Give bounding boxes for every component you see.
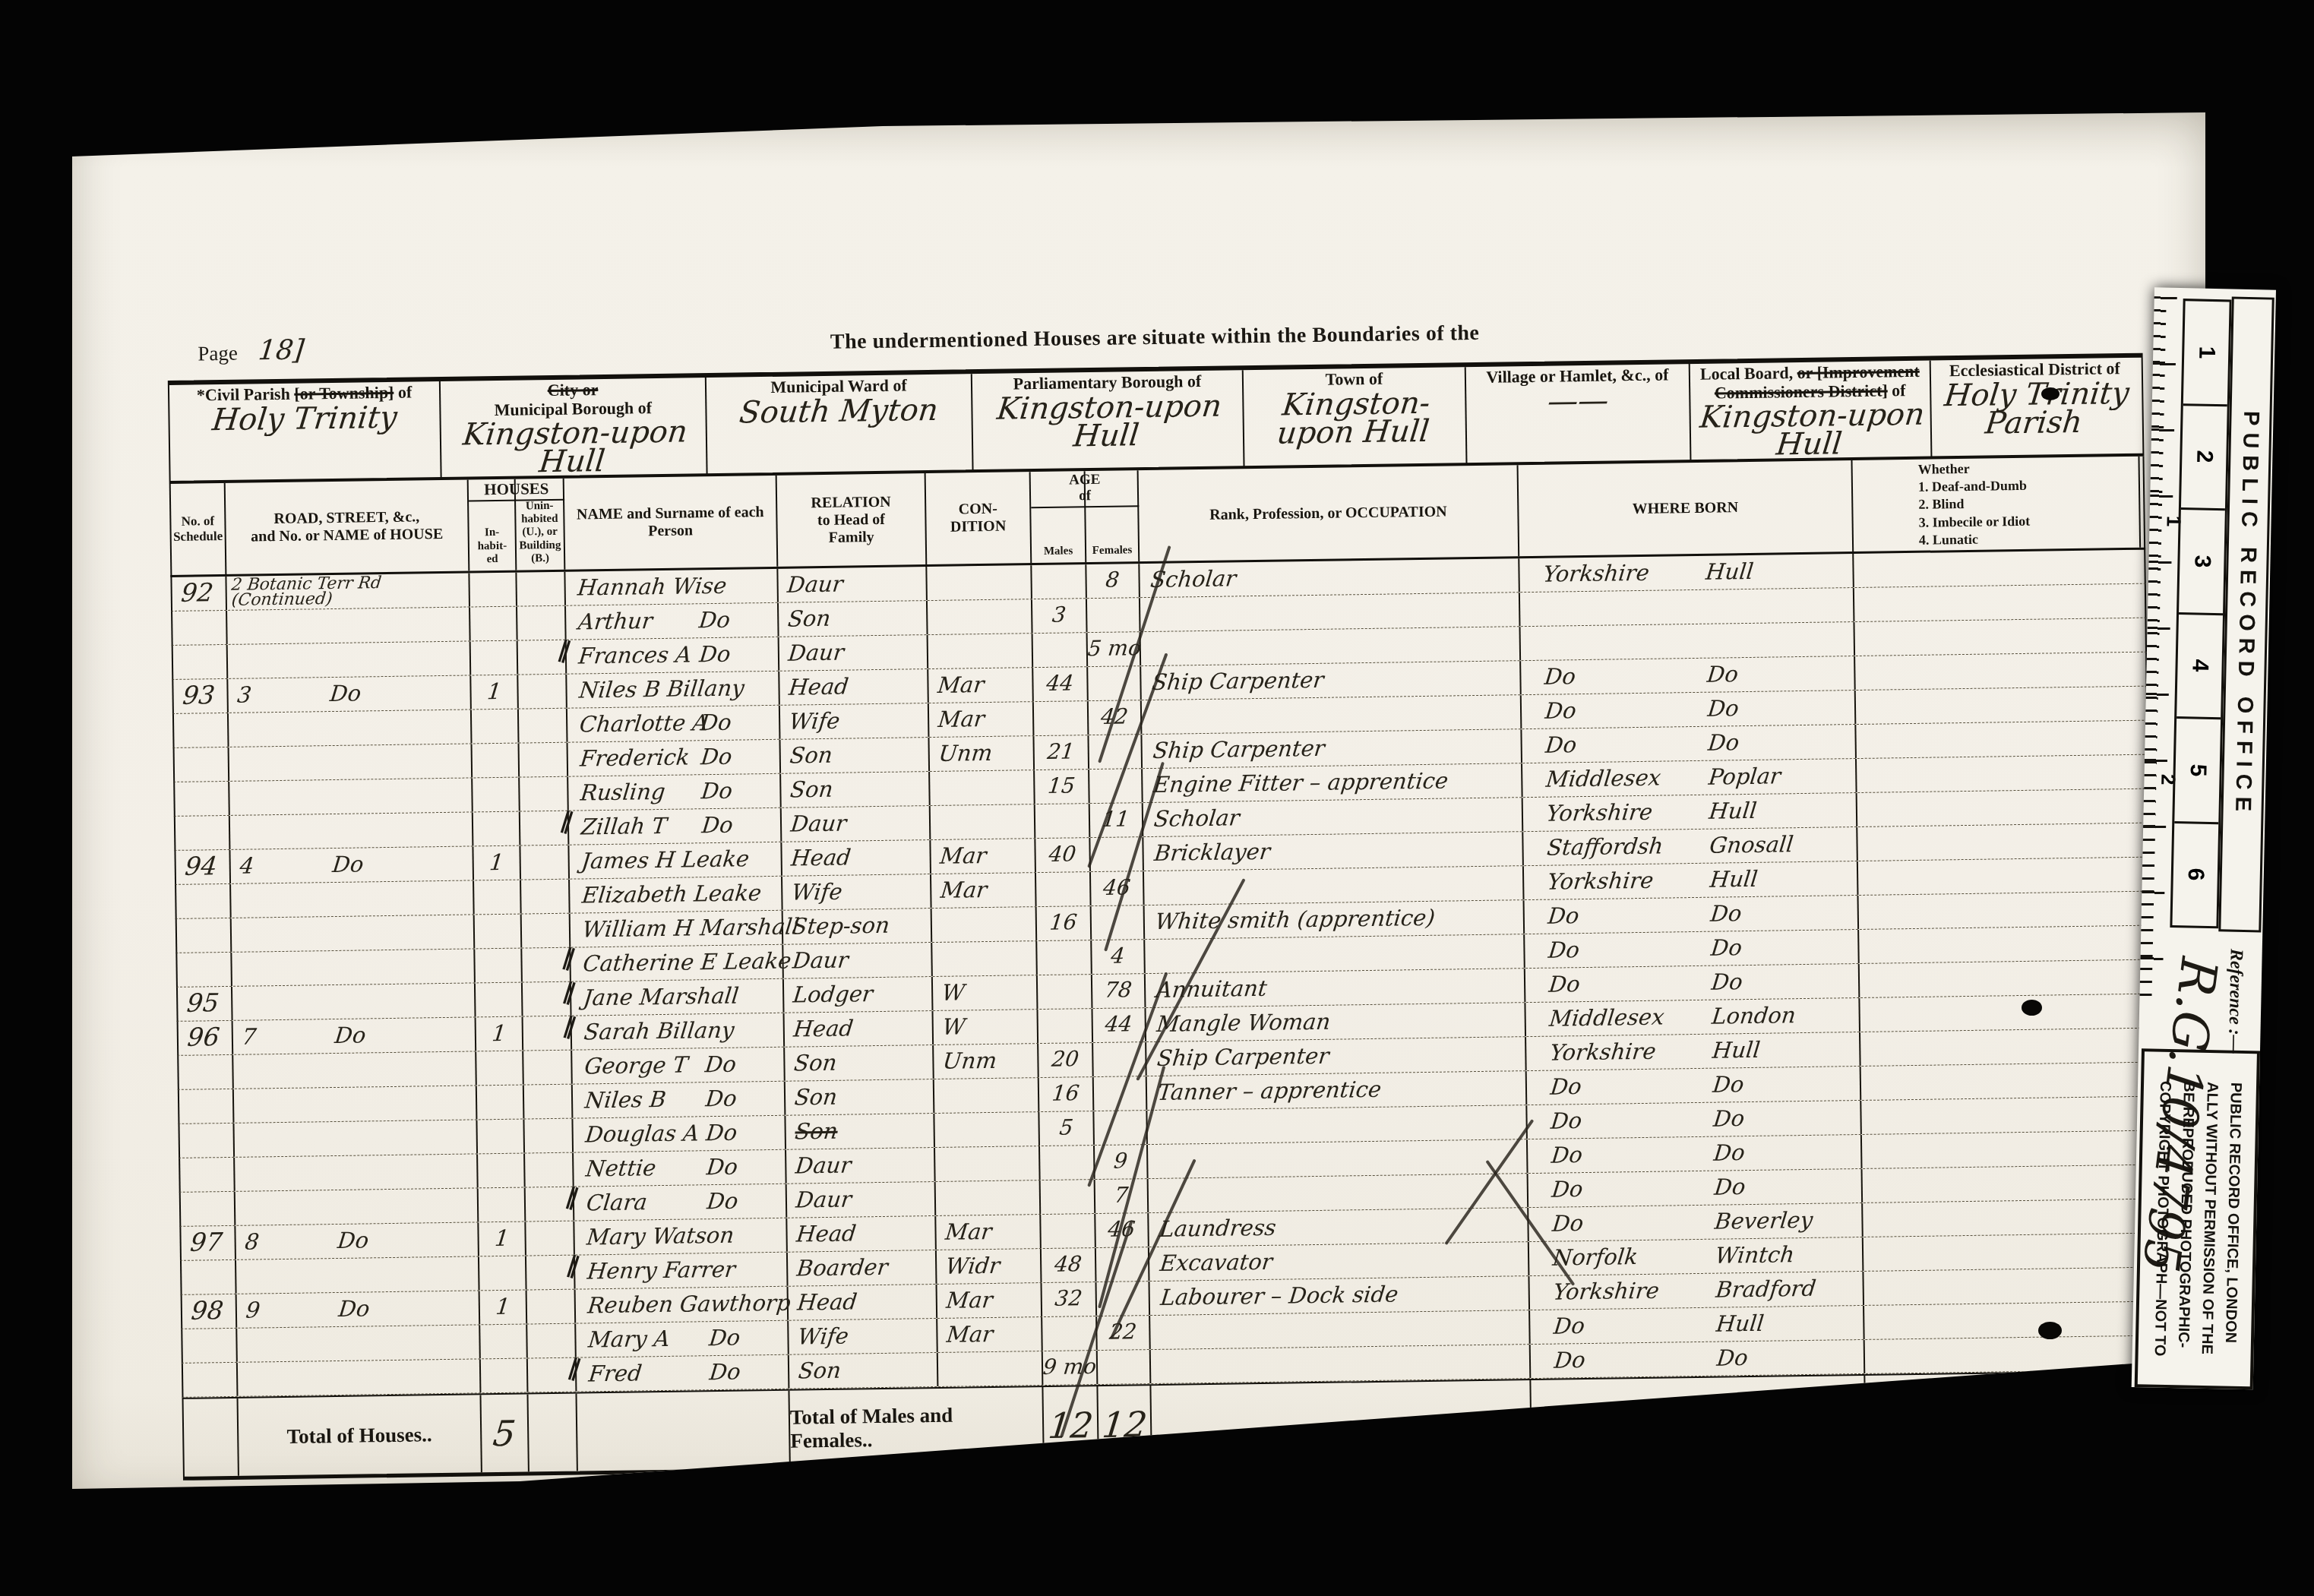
- handwritten-value: 1: [493, 1222, 511, 1254]
- cell-where-born: DoDo: [1521, 656, 1856, 694]
- cell-person-name: Mary Watson: [574, 1218, 788, 1255]
- cell-relation: Son: [789, 1353, 939, 1389]
- handwritten-value: Ship Carpenter: [1151, 732, 1326, 766]
- ditto-mark: Do: [706, 1185, 740, 1218]
- cell-infirmity: [1858, 858, 2146, 895]
- cell-schedule-number: [177, 918, 232, 953]
- cell-inhabited: [477, 1120, 525, 1154]
- ditto-mark: Do: [328, 677, 362, 710]
- born-county: Do: [1552, 1344, 1586, 1376]
- person-name: Frances A: [577, 638, 694, 672]
- born-place: Do: [1706, 692, 1740, 725]
- cell-road-street: [230, 812, 474, 849]
- handwritten-value: Son: [797, 1354, 843, 1387]
- label-struck-text: City or: [548, 380, 599, 400]
- born-place: Hull: [1705, 555, 1756, 588]
- cell-age-male: 15: [1035, 770, 1090, 804]
- cell-person-name: ArthurDo: [566, 603, 779, 640]
- cell-person-name: Niles B Billany: [567, 672, 780, 708]
- cell-age-male: 9 mo: [1043, 1351, 1099, 1385]
- cell-infirmity: [1860, 960, 2148, 997]
- cell-schedule-number: [176, 884, 232, 918]
- colhead-road: ROAD, STREET, &c., and No. or NAME of HO…: [226, 479, 470, 574]
- cell-occupation: Ship Carpenter: [1142, 729, 1522, 768]
- person-name: Mary Watson: [585, 1219, 735, 1253]
- cell-condition: [932, 907, 1038, 942]
- cell-age-female: 11: [1090, 803, 1144, 837]
- cell-uninhabited: [520, 845, 570, 880]
- cell-inhabited: 1: [479, 1222, 526, 1256]
- cell-person-name: ∥Catherine E Leake: [571, 945, 784, 981]
- cell-road-street: [228, 641, 472, 678]
- handwritten-value: (Continued): [231, 589, 469, 608]
- cell-where-born: YorkshireHull: [1523, 793, 1858, 831]
- cell-age-male: 16: [1037, 906, 1092, 940]
- cell-occupation: Scholar: [1143, 798, 1524, 836]
- handwritten-value: 16: [1051, 1077, 1081, 1110]
- colhead-relation: RELATION to Head of Family: [777, 473, 928, 567]
- cell-condition: Mar: [931, 839, 1036, 874]
- district-value: Kingston-upon Hull: [441, 418, 706, 477]
- cell-uninhabited: [518, 675, 567, 709]
- cell-relation: Step-son: [783, 909, 933, 944]
- born-place: Do: [1713, 1171, 1747, 1203]
- cell-relation: Daur: [778, 567, 928, 602]
- handwritten-value: Son: [792, 1047, 839, 1079]
- cell-person-name: George TDo: [572, 1048, 786, 1084]
- colhead-schedule: No. of Schedule: [171, 483, 227, 575]
- district-value: Kingston-upon Hull: [1691, 401, 1930, 460]
- cell-relation: Son: [780, 738, 930, 773]
- cell-age-female: 7: [1095, 1179, 1149, 1213]
- cell-schedule-number: [180, 1158, 236, 1192]
- cell-where-born: MiddlesexPoplar: [1522, 759, 1857, 797]
- person-name: Reuben Gawthorp: [586, 1287, 792, 1322]
- cell-road-street: [236, 1188, 479, 1225]
- cell-person-name: William H Marshall: [571, 911, 784, 947]
- cell-person-name: ∥Frances ADo: [567, 637, 780, 674]
- cell-infirmity: [1865, 1336, 2153, 1373]
- scale-number: 3: [2179, 510, 2225, 615]
- born-county: Do: [1551, 1207, 1585, 1240]
- cell-where-born: YorkshireHull: [1524, 861, 1859, 899]
- cell-schedule-number: 98: [182, 1294, 238, 1329]
- cell-relation: Son: [781, 772, 931, 807]
- person-name: Charlotte A: [578, 706, 710, 740]
- cell-occupation: Scholar: [1140, 558, 1520, 597]
- cell-infirmity: [1861, 1097, 2149, 1134]
- cell-where-born: DoDo: [1528, 1169, 1864, 1207]
- cell-occupation: [1140, 593, 1521, 631]
- cell-occupation: Ship Carpenter: [1141, 661, 1522, 700]
- label-text: Local Board,: [1700, 363, 1797, 384]
- cell-age-male: 32: [1042, 1282, 1098, 1316]
- copyright-notice: COPYRIGHT PHOTOGRAPH—NOT TO BE REPRODUCE…: [2148, 1080, 2248, 1357]
- cell-age-male: 48: [1042, 1248, 1097, 1282]
- cell-occupation: [1151, 1345, 1532, 1383]
- cell-uninhabited: [524, 1085, 574, 1119]
- handwritten-value: Mar: [938, 839, 988, 872]
- person-name: Clara: [585, 1186, 649, 1218]
- handwritten-value: Daur: [789, 807, 849, 840]
- cell-infirmity: [1864, 1234, 2151, 1271]
- handwritten-value: Laundress: [1158, 1212, 1278, 1245]
- born-place: Do: [1709, 897, 1743, 930]
- cell-condition: [936, 1180, 1042, 1215]
- born-county: Yorkshire: [1544, 796, 1654, 830]
- cell-inhabited: [473, 812, 521, 846]
- handwritten-value: Daur: [794, 1149, 853, 1182]
- born-county: Do: [1544, 728, 1578, 761]
- cell-where-born: [1520, 588, 1855, 626]
- handwritten-value: Daur: [786, 568, 845, 601]
- handwritten-value: 9 mo: [1042, 1351, 1099, 1383]
- ditto-mark: Do: [697, 604, 732, 637]
- total-females-value: 12: [1098, 1386, 1152, 1464]
- born-place: Do: [1709, 931, 1743, 964]
- cell-road-street: 3Do: [228, 675, 472, 712]
- cell-schedule-number: [182, 1260, 237, 1294]
- cell-age-male: [1032, 564, 1087, 599]
- born-place: Hull: [1711, 1034, 1762, 1067]
- cell-age-male: 40: [1035, 838, 1091, 872]
- cell-occupation: [1144, 866, 1525, 905]
- cell-infirmity: [1864, 1268, 2151, 1305]
- cell-schedule-number: [174, 713, 229, 747]
- born-place: Do: [1705, 658, 1740, 691]
- census-scan: Page 18] The undermentioned Houses are s…: [0, 0, 2314, 1596]
- person-name: Hannah Wise: [576, 570, 728, 604]
- cell-road-street: [229, 710, 473, 746]
- totals-spacer: [184, 1398, 239, 1477]
- cell-schedule-number: [173, 645, 229, 679]
- handwritten-value: 1: [490, 1017, 507, 1049]
- handwritten-value: Mar: [939, 874, 988, 906]
- cell-inhabited: [478, 1154, 526, 1188]
- cell-schedule-number: 93: [173, 679, 229, 713]
- scale-number: 5: [2174, 719, 2221, 824]
- born-county: Yorkshire: [1546, 864, 1655, 898]
- cell-road-street: [234, 1120, 478, 1156]
- handwritten-value: Mar: [936, 668, 985, 701]
- cell-condition: Unm: [929, 736, 1035, 771]
- cell-schedule-number: [175, 816, 231, 850]
- born-place: Do: [1712, 1136, 1747, 1169]
- person-name: Jane Marshall: [582, 980, 741, 1014]
- colhead-condition: CON- DITION: [926, 472, 1032, 564]
- cell-occupation: [1147, 1105, 1528, 1144]
- cell-age-male: 3: [1032, 599, 1088, 633]
- total-houses-label: Total of Houses..: [239, 1395, 482, 1475]
- cell-inhabited: [473, 744, 520, 778]
- cell-person-name: Elizabeth Leake: [570, 877, 783, 913]
- cell-occupation: Annuitant: [1146, 969, 1526, 1007]
- cell-person-name: FrederickDo: [568, 740, 782, 776]
- cell-inhabited: [475, 949, 523, 983]
- cell-inhabited: [477, 1086, 525, 1120]
- cell-road-street: [229, 744, 473, 780]
- person-name: William H Marshall: [581, 910, 801, 945]
- handwritten-value: 92: [179, 577, 215, 609]
- ditto-mark: Do: [333, 1019, 367, 1051]
- cell-road-street: [227, 607, 471, 643]
- cell-inhabited: [470, 607, 518, 641]
- person-name: Catherine E Leake: [581, 945, 793, 980]
- cell-inhabited: 1: [476, 1017, 524, 1051]
- district-box-local-board: Local Board, or [Improvement Commissione…: [1690, 361, 1933, 460]
- cell-where-born: StaffordshGnosall: [1523, 827, 1858, 865]
- handwritten-value: 21: [1046, 735, 1076, 768]
- handwritten-value: 94: [183, 850, 219, 883]
- born-county: Staffordsh: [1545, 830, 1664, 864]
- cell-schedule-number: [172, 611, 228, 645]
- ditto-mark: Do: [336, 1224, 370, 1256]
- cell-person-name: Mary ADo: [576, 1321, 789, 1357]
- cell-road-street: [229, 778, 473, 814]
- cell-where-born: DoDo: [1527, 1067, 1862, 1105]
- cell-relation: Son: [786, 1114, 935, 1149]
- born-place: Do: [1707, 726, 1741, 759]
- cell-schedule-number: 95: [178, 987, 233, 1021]
- cell-where-born: DoDo: [1528, 1135, 1863, 1173]
- cell-age-male: [1038, 975, 1093, 1009]
- born-place: London: [1711, 999, 1798, 1032]
- handwritten-value: Head: [795, 1217, 858, 1250]
- cell-age-female: [1094, 1111, 1148, 1145]
- cell-person-name: ∥Henry Farrer: [575, 1253, 789, 1289]
- district-label: Local Board, or [Improvement Commissione…: [1693, 362, 1927, 403]
- cell-road-street: [234, 1086, 478, 1122]
- handwritten-value: Son: [789, 773, 835, 806]
- handwritten-value: Tanner – apprentice: [1156, 1073, 1383, 1108]
- district-value: Holy Trinity: [211, 403, 399, 434]
- cell-road-street: 4Do: [230, 846, 474, 883]
- handwritten-value: 1: [488, 846, 505, 878]
- ditto-mark: Do: [705, 1151, 739, 1184]
- handwritten-value: Mar: [937, 703, 986, 735]
- born-place: Wintch: [1714, 1238, 1796, 1272]
- cell-road-street: [233, 1051, 477, 1088]
- cell-condition: [928, 634, 1034, 668]
- handwritten-value: Bricklayer: [1152, 836, 1272, 869]
- handwritten-value: Mar: [945, 1284, 994, 1316]
- district-box-ecclesiastical-district: Ecclesiastical District of Holy Trinity …: [1931, 358, 2140, 457]
- handwritten-value: Scholar: [1152, 801, 1241, 835]
- cell-relation: Head: [787, 1216, 937, 1252]
- cell-schedule-number: [181, 1192, 236, 1226]
- born-place: Hull: [1715, 1307, 1766, 1340]
- cell-age-male: [1036, 872, 1092, 906]
- totals-spacer: [1865, 1372, 2153, 1453]
- cell-age-male: 5: [1039, 1111, 1095, 1146]
- cell-person-name: Niles BDo: [573, 1082, 786, 1118]
- person-name: Sarah Billany: [583, 1014, 736, 1048]
- cell-uninhabited: [520, 743, 569, 777]
- cell-infirmity: [1861, 1063, 2149, 1100]
- handwritten-value: Unm: [941, 1045, 998, 1077]
- cell-occupation: Mangle Woman: [1146, 1003, 1526, 1041]
- cell-inhabited: [474, 880, 522, 915]
- cell-infirmity: [1860, 1029, 2148, 1066]
- cell-relation: Lodger: [784, 977, 934, 1013]
- district-box-parliamentary-borough: Parliamentary Borough of Kingston-upon H…: [972, 370, 1245, 470]
- cell-relation: Son: [779, 601, 928, 637]
- cell-age-female: [1087, 598, 1141, 632]
- cell-uninhabited: [517, 572, 566, 606]
- born-county: Middlesex: [1544, 762, 1662, 795]
- person-name: Henry Farrer: [586, 1253, 737, 1288]
- total-houses-value: 5: [481, 1394, 529, 1472]
- cell-inhabited: [469, 573, 517, 607]
- cell-infirmity: [1857, 789, 2145, 826]
- colhead-where-born: WHERE BORN: [1519, 460, 1854, 556]
- cell-road-street: 9Do: [237, 1291, 481, 1327]
- person-name: Zillah T: [580, 810, 669, 843]
- person-name: Fred: [587, 1357, 643, 1389]
- handwritten-value: 48: [1053, 1248, 1083, 1281]
- handwritten-value: Wife: [788, 705, 842, 738]
- census-page-paper: Page 18] The undermentioned Houses are s…: [72, 112, 2205, 1504]
- cell-where-born: NorfolkWintch: [1529, 1237, 1864, 1275]
- handwritten-value: Son: [793, 1081, 839, 1114]
- born-county: Yorkshire: [1541, 557, 1651, 590]
- cell-condition: Mar: [931, 873, 1037, 908]
- cell-where-born: DoDo: [1531, 1340, 1866, 1378]
- cell-uninhabited: [520, 777, 569, 811]
- cell-condition: W: [933, 1010, 1038, 1045]
- cell-road-street: [238, 1359, 482, 1395]
- cell-schedule-number: 92: [172, 577, 227, 611]
- cell-inhabited: [481, 1359, 529, 1393]
- cell-age-male: [1040, 1146, 1095, 1180]
- cell-road-street: 2 Botanic Terr Rd(Continued): [226, 573, 470, 609]
- handwritten-value: 78: [1103, 974, 1133, 1007]
- cell-age-female: 46: [1091, 871, 1145, 905]
- cell-age-male: [1038, 1009, 1093, 1043]
- born-place: Do: [1712, 1068, 1746, 1101]
- colhead-name: NAME and Surname of each Person: [564, 476, 779, 570]
- cell-occupation: [1150, 1310, 1531, 1349]
- district-value: Holy Trinity Parish: [1932, 379, 2139, 438]
- cell-infirmity: [1854, 584, 2142, 621]
- cell-schedule-number: [175, 747, 230, 782]
- district-box-civil-parish: *Civil Parish [or Township] of Holy Trin…: [169, 381, 442, 482]
- handwritten-value: Labourer – Dock side: [1159, 1278, 1400, 1313]
- cell-person-name: NettieDo: [574, 1150, 787, 1187]
- cell-age-male: [1033, 633, 1089, 667]
- cell-relation: Son: [785, 1045, 934, 1081]
- born-place: Hull: [1709, 863, 1759, 896]
- handwritten-value: Head: [796, 1285, 859, 1318]
- cell-age-female: 8: [1086, 564, 1140, 598]
- cell-condition: [934, 1078, 1040, 1113]
- person-name: George T: [583, 1048, 689, 1082]
- cell-road-street: [232, 949, 476, 985]
- cell-condition: [927, 565, 1032, 600]
- district-value: ——: [1546, 387, 1610, 416]
- born-county: Do: [1546, 899, 1580, 932]
- district-box-municipal-ward: Municipal Ward of South Myton: [707, 374, 974, 474]
- cell-relation: Daur: [782, 806, 931, 842]
- handwritten-value: Head: [789, 841, 852, 874]
- cell-inhabited: 1: [473, 846, 521, 880]
- totals-spacer: [528, 1394, 577, 1472]
- person-name: Niles B Billany: [577, 672, 746, 706]
- born-county: Do: [1549, 1105, 1583, 1137]
- cell-where-born: DoBeverley: [1528, 1203, 1864, 1241]
- born-place: Bradford: [1715, 1272, 1818, 1306]
- handwritten-value: 93: [181, 679, 217, 712]
- cell-schedule-number: 96: [179, 1021, 234, 1055]
- cell-condition: [930, 770, 1035, 805]
- cell-infirmity: [1857, 755, 2145, 792]
- cell-occupation: Engine Fitter – apprentice: [1143, 763, 1523, 802]
- cell-infirmity: [1854, 618, 2142, 656]
- cell-infirmity: [1859, 926, 2147, 963]
- cell-uninhabited: [521, 880, 571, 914]
- handwritten-value: Widr: [944, 1250, 1002, 1282]
- cell-relation: Head: [785, 1011, 934, 1047]
- handwritten-value: 8: [1104, 564, 1121, 596]
- cell-person-name: ∥Jane Marshall: [571, 979, 785, 1016]
- handwritten-value: White smith (apprentice): [1154, 902, 1437, 937]
- cell-uninhabited: [519, 709, 568, 743]
- handwritten-value: 5: [1057, 1111, 1074, 1143]
- cell-inhabited: 1: [471, 675, 519, 710]
- cell-person-name: RuslingDo: [568, 774, 782, 811]
- cell-infirmity: [1863, 1199, 2151, 1237]
- colhead-occupation: Rank, Profession, or OCCUPATION: [1139, 465, 1520, 561]
- cell-condition: [935, 1146, 1041, 1181]
- scale-number: 4: [2176, 615, 2223, 720]
- cell-uninhabited: [525, 1153, 574, 1187]
- handwritten-value: Unm: [937, 737, 994, 770]
- cell-schedule-number: [177, 953, 232, 987]
- cell-where-born: YorkshireBradford: [1529, 1272, 1864, 1310]
- cell-condition: [934, 1112, 1040, 1147]
- cell-age-female: [1088, 666, 1142, 700]
- cell-infirmity: [1862, 1131, 2150, 1168]
- cell-condition: [932, 941, 1038, 976]
- label-text: Total of Males and Females..: [790, 1402, 1026, 1452]
- cell-where-born: DoDo: [1525, 964, 1860, 1002]
- handwritten-value: Annuitant: [1155, 972, 1269, 1006]
- cell-infirmity: [1864, 1302, 2152, 1339]
- handwritten-value: Excavator: [1159, 1246, 1274, 1279]
- handwritten-value: 44: [1045, 667, 1075, 700]
- totals-spacer: [1531, 1376, 1866, 1458]
- house-number: 3: [236, 678, 253, 710]
- cell-uninhabited: [527, 1324, 577, 1358]
- cell-age-male: [1041, 1214, 1096, 1248]
- cell-road-street: [231, 880, 475, 917]
- handwritten-value: Engine Fitter – apprentice: [1152, 764, 1449, 800]
- handwritten-value: 9: [1112, 1145, 1129, 1177]
- handwritten-value: Step-son: [791, 909, 892, 943]
- cell-inhabited: [479, 1256, 527, 1291]
- born-county: Do: [1547, 968, 1581, 1000]
- cell-occupation: [1141, 627, 1522, 665]
- cell-occupation: Bricklayer: [1143, 832, 1524, 871]
- person-name: James H Leake: [580, 842, 751, 877]
- ink-blob: [2022, 1000, 2042, 1016]
- handwritten-value: Daur: [791, 944, 850, 977]
- born-place: Do: [1712, 1102, 1747, 1135]
- cell-relation: Wife: [782, 874, 932, 910]
- cell-person-name: Douglas ADo: [573, 1116, 786, 1152]
- district-value: Kingston-upon Hull: [1244, 389, 1465, 448]
- ditto-mark: Do: [704, 1082, 738, 1115]
